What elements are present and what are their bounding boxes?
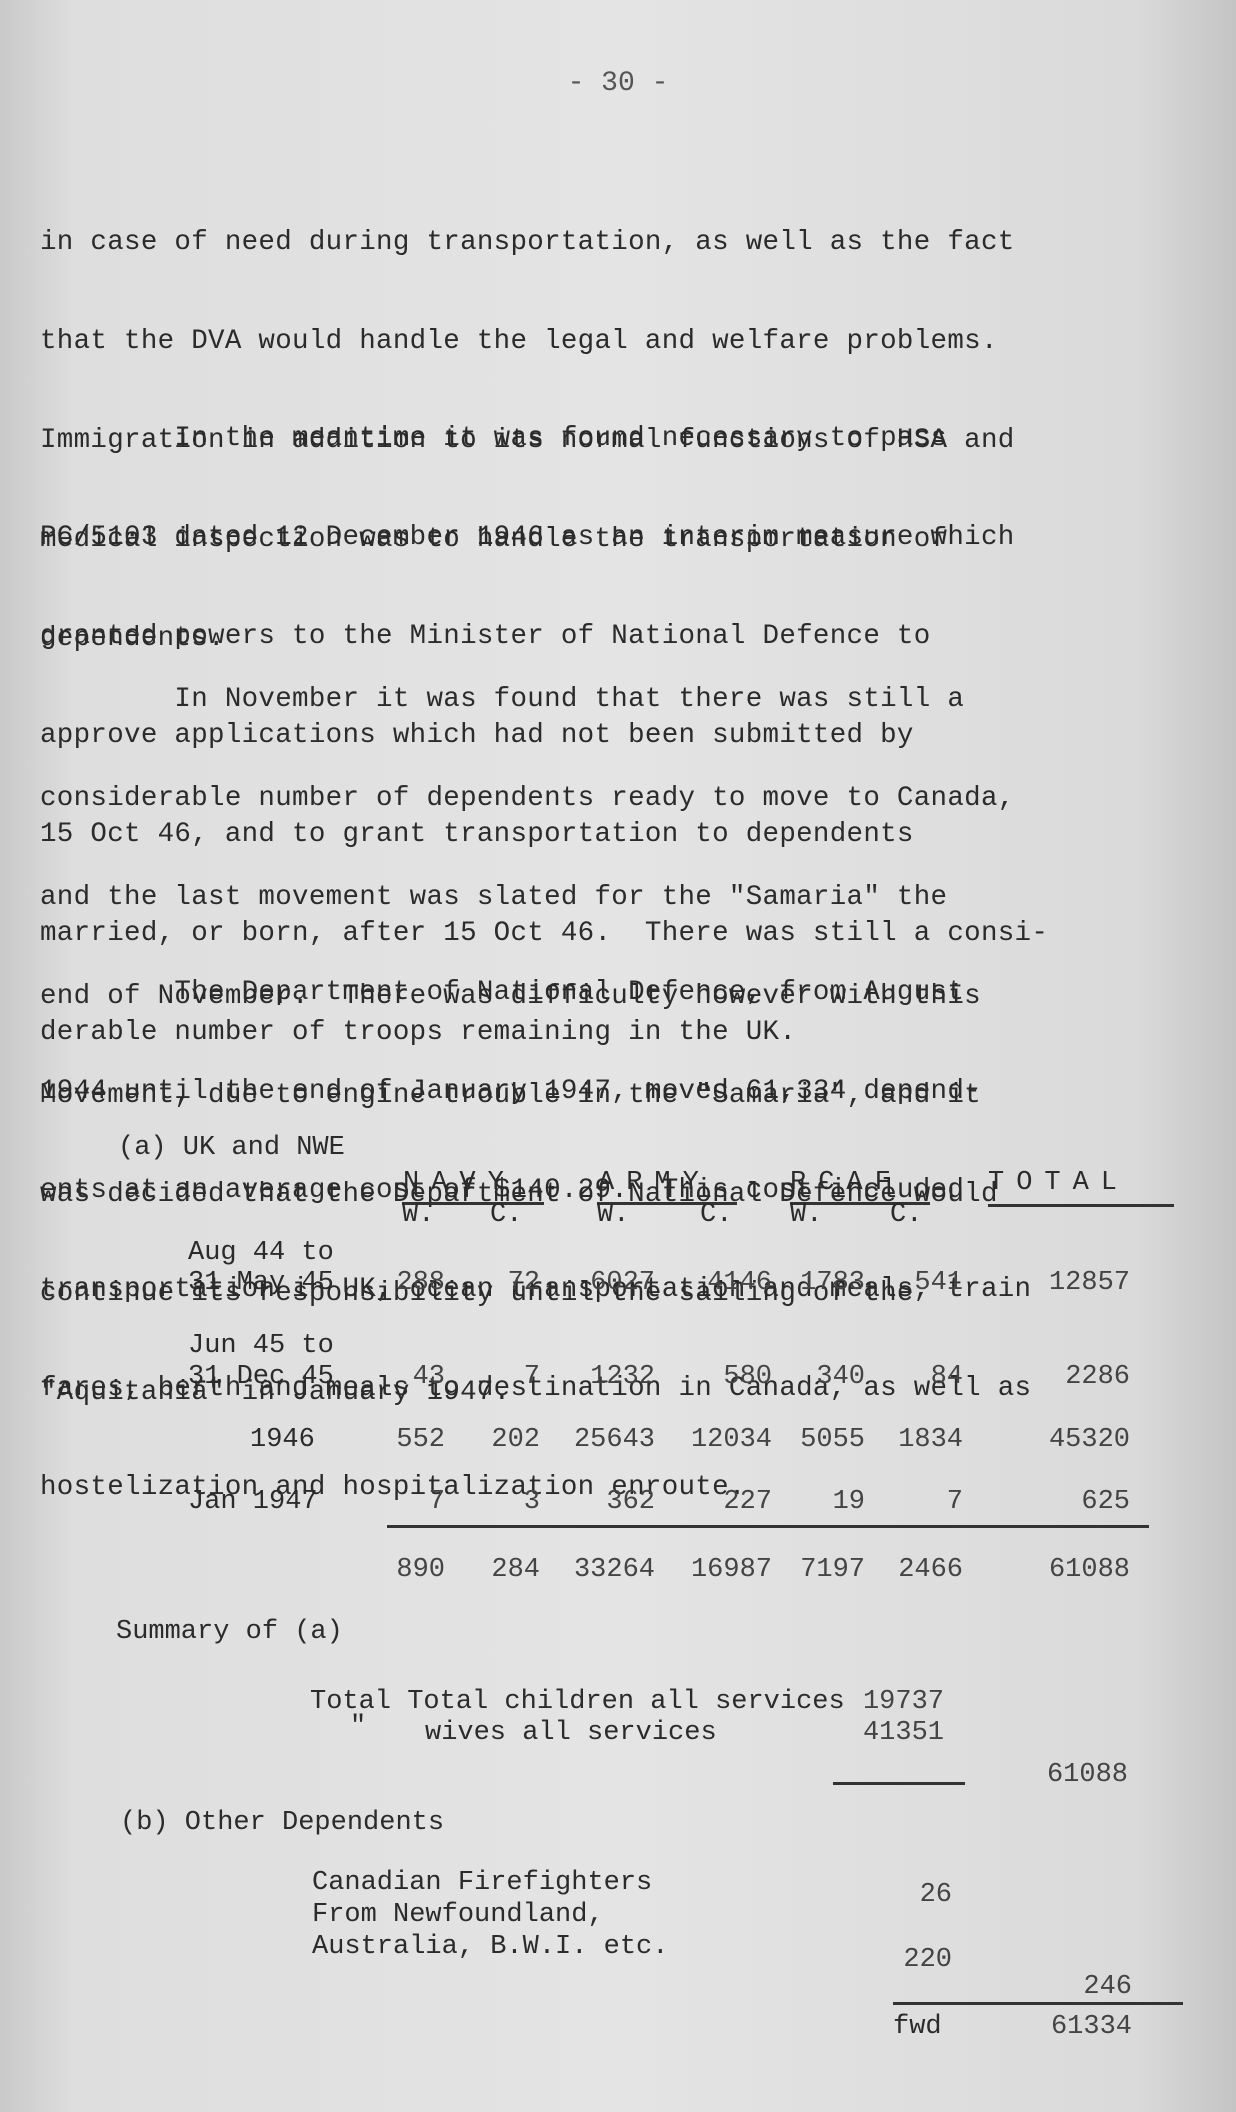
subheader: W. bbox=[790, 1200, 822, 1230]
period-label: 31 Dec 45 bbox=[188, 1362, 334, 1392]
firefighters-label: Canadian Firefighters bbox=[312, 1868, 652, 1898]
children-text: Total children all services bbox=[407, 1687, 844, 1717]
period-label: Jun 45 to bbox=[188, 1331, 334, 1361]
summary-label: Summary of (a) bbox=[116, 1617, 343, 1647]
cell-value: 7 bbox=[410, 1362, 540, 1392]
total-cell: 284 bbox=[410, 1555, 540, 1585]
cell-value: 12857 bbox=[1000, 1268, 1130, 1298]
page-number: - 30 - bbox=[0, 68, 1236, 99]
underline bbox=[988, 1204, 1174, 1207]
text-line: in case of need during transportation, a… bbox=[40, 226, 1210, 259]
summary-total: 61088 bbox=[1020, 1760, 1128, 1790]
cell-value: 72 bbox=[410, 1268, 540, 1298]
cell-value: 45320 bbox=[1000, 1425, 1130, 1455]
cell-value: 541 bbox=[833, 1268, 963, 1298]
underline bbox=[833, 1782, 965, 1785]
cell-value: 202 bbox=[410, 1425, 540, 1455]
period-label: Aug 44 to bbox=[188, 1238, 334, 1268]
text-line: 1944 until the end of January 1947, move… bbox=[40, 1075, 1210, 1108]
period-label: Jan 1947 bbox=[188, 1487, 318, 1517]
cell-value: 625 bbox=[1000, 1487, 1130, 1517]
text-line: In the meantime it was found necessary t… bbox=[40, 422, 1210, 455]
cell-value: 1232 bbox=[525, 1362, 655, 1392]
fwd-label: fwd bbox=[893, 2012, 942, 2042]
underline bbox=[893, 2002, 1183, 2005]
from-label-2: Australia, B.W.I. etc. bbox=[312, 1932, 668, 1962]
subheader: C. bbox=[890, 1200, 922, 1230]
subheader: W. bbox=[402, 1200, 434, 1230]
text-line: that the DVA would handle the legal and … bbox=[40, 325, 1210, 358]
document-page: - 30 - in case of need during transporta… bbox=[0, 0, 1236, 2112]
from-label-1: From Newfoundland, bbox=[312, 1900, 604, 1930]
period-label: 31 May 45 bbox=[188, 1268, 334, 1298]
cell-value: 1834 bbox=[833, 1425, 963, 1455]
header-navy: NAVY bbox=[403, 1168, 516, 1198]
firefighters-value: 26 bbox=[880, 1880, 952, 1910]
total-cell: 2466 bbox=[833, 1555, 963, 1585]
text-line: In November it was found that there was … bbox=[40, 683, 1210, 716]
other-label: (b) Other Dependents bbox=[120, 1808, 444, 1838]
cell-value: 25643 bbox=[525, 1425, 655, 1455]
cell-value: 2286 bbox=[1000, 1362, 1130, 1392]
period-label: 1946 bbox=[250, 1425, 315, 1455]
table-a-label: (a) UK and NWE bbox=[118, 1133, 345, 1163]
grand-total: 61334 bbox=[1020, 2012, 1132, 2042]
text-line: considerable number of dependents ready … bbox=[40, 782, 1210, 815]
ditto-mark: " bbox=[350, 1712, 366, 1742]
subheader: C. bbox=[700, 1200, 732, 1230]
cell-value: 84 bbox=[833, 1362, 963, 1392]
children-value: 19737 bbox=[840, 1687, 944, 1717]
cell-value: 7 bbox=[833, 1487, 963, 1517]
text-line: The Department of National Defence, from… bbox=[40, 976, 1210, 1009]
header-army: ARMY bbox=[598, 1168, 711, 1198]
subheader: C. bbox=[490, 1200, 522, 1230]
cell-value: 6027 bbox=[525, 1268, 655, 1298]
total-cell: 61088 bbox=[1000, 1555, 1130, 1585]
cell-value: 362 bbox=[525, 1487, 655, 1517]
from-value: 220 bbox=[880, 1945, 952, 1975]
wives-value: 41351 bbox=[840, 1718, 944, 1748]
children-label: Total Total children all services bbox=[310, 1687, 845, 1717]
wives-label: wives all services bbox=[425, 1718, 717, 1748]
cell-value: 3 bbox=[410, 1487, 540, 1517]
total-cell: 33264 bbox=[525, 1555, 655, 1585]
subheader: W. bbox=[597, 1200, 629, 1230]
text-line: PC/5103 dated 12 December 1946 as an int… bbox=[40, 521, 1210, 554]
header-total: TOTAL bbox=[988, 1168, 1129, 1198]
header-rcaf: RCAF bbox=[790, 1168, 903, 1198]
sum-line bbox=[387, 1525, 1149, 1528]
other-subtotal: 246 bbox=[1040, 1972, 1132, 2002]
